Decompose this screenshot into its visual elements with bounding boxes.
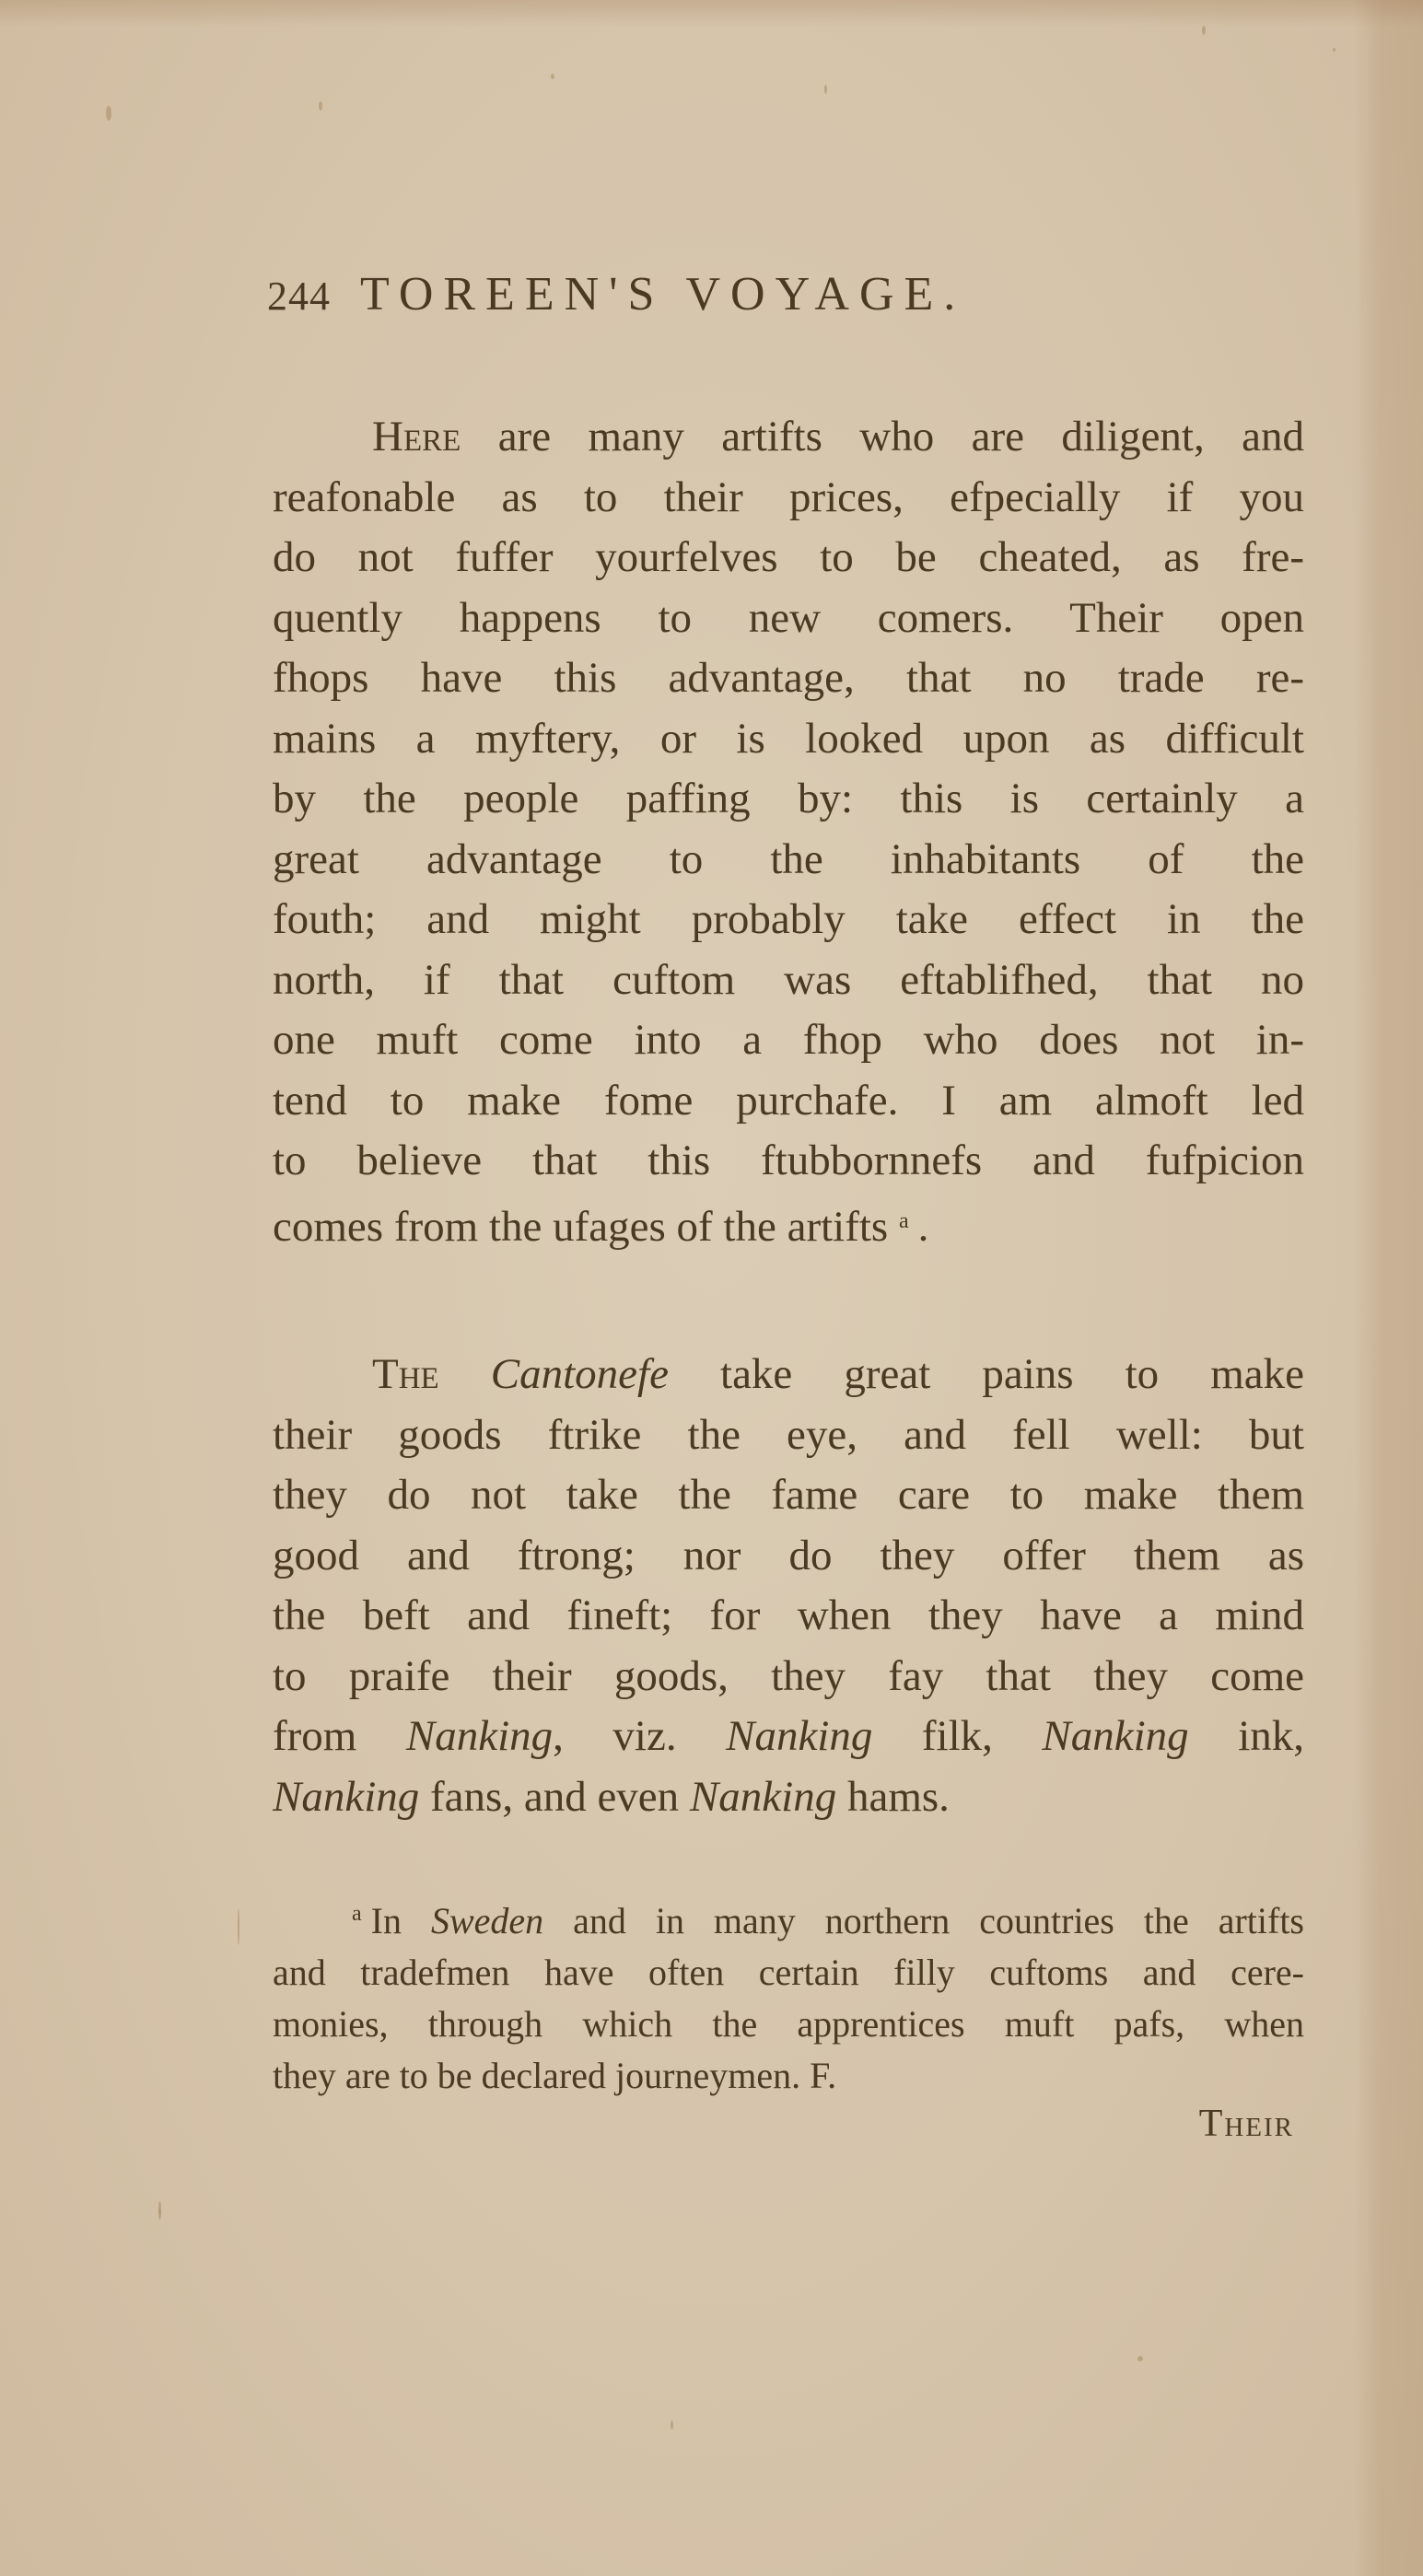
- paper-fleck: [671, 2420, 673, 2430]
- footnote-marker: a: [352, 1902, 362, 1926]
- lead-word: The: [372, 1350, 439, 1398]
- paper-fleck: [1202, 26, 1206, 35]
- paper-fleck: [319, 101, 322, 111]
- running-head: 244 TOREEN'S VOYAGE.: [267, 267, 965, 341]
- paper-fleck: [106, 106, 111, 121]
- paper-fleck: [824, 85, 827, 94]
- text-line: fhops have this advantage, that no trade…: [273, 648, 1304, 709]
- text-line: they do not take the fame care to make t…: [273, 1465, 1304, 1526]
- footnote-line: they are to be declared journeymen. F.: [273, 2050, 1304, 2102]
- text-line: north, if that cuftom was eftablifhed, t…: [273, 950, 1304, 1011]
- text-line: Here are many artifts who are diligent, …: [273, 407, 1304, 468]
- text-line: to praife their goods, they fay that the…: [273, 1647, 1304, 1708]
- footnote: aIn Sweden and in many northern countrie…: [273, 1888, 1304, 2102]
- paper-fleck: [551, 74, 554, 79]
- text-line: fouth; and might probably take effect in…: [273, 890, 1304, 950]
- text-line: quently happens to new comers. Their ope…: [273, 589, 1304, 649]
- paper-fleck: [1137, 2356, 1143, 2361]
- text-line: reafonable as to their prices, efpeciall…: [273, 468, 1304, 529]
- page-number: 244: [267, 273, 331, 320]
- footnote-line: and tradefmen have often certain filly c…: [273, 1947, 1304, 1999]
- text-line: great advantage to the inhabitants of th…: [273, 830, 1304, 891]
- footnote-ref[interactable]: a: [899, 1209, 909, 1233]
- text-line: their goods ftrike the eye, and fell wel…: [273, 1405, 1304, 1466]
- text-line: mains a myftery, or is looked upon as di…: [273, 709, 1304, 770]
- text-line: good and ftrong; nor do they offer them …: [273, 1526, 1304, 1587]
- text-line: to believe that this ftubbornnefs and fu…: [273, 1131, 1304, 1192]
- text-line: Nanking fans, and even Nanking hams.: [273, 1767, 1304, 1828]
- text-line: The Cantonefe take great pains to make: [273, 1345, 1304, 1405]
- text-line: comes from the ufages of the artifts a.: [273, 1192, 1304, 1258]
- paper-background: [0, 0, 1423, 2576]
- text-line: do not fuffer yourfelves to be cheated, …: [273, 528, 1304, 589]
- paper-fleck: [238, 1908, 239, 1945]
- paper-fleck: [158, 2209, 161, 2220]
- text-line: the beft and fineft; for when they have …: [273, 1586, 1304, 1647]
- lead-word: Here: [372, 413, 461, 460]
- paper-fleck: [1333, 48, 1336, 52]
- text-line: by the people paffing by: this is certai…: [273, 769, 1304, 830]
- text-line: from Nanking, viz. Nanking filk, Nanking…: [273, 1707, 1304, 1767]
- footnote-line: aIn Sweden and in many northern countrie…: [273, 1888, 1304, 1947]
- running-title: TOREEN'S VOYAGE.: [360, 267, 965, 321]
- text-line: tend to make fome purchafe. I am almoft …: [273, 1071, 1304, 1132]
- paragraph-artisans: Here are many artifts who are diligent, …: [273, 407, 1304, 1257]
- text-line: one muft come into a fhop who does not i…: [273, 1010, 1304, 1071]
- paragraph-cantonese: The Cantonefe take great pains to make t…: [273, 1345, 1304, 1827]
- catchword: Their: [1199, 2102, 1294, 2146]
- footnote-line: monies, through which the apprentices mu…: [273, 1999, 1304, 2050]
